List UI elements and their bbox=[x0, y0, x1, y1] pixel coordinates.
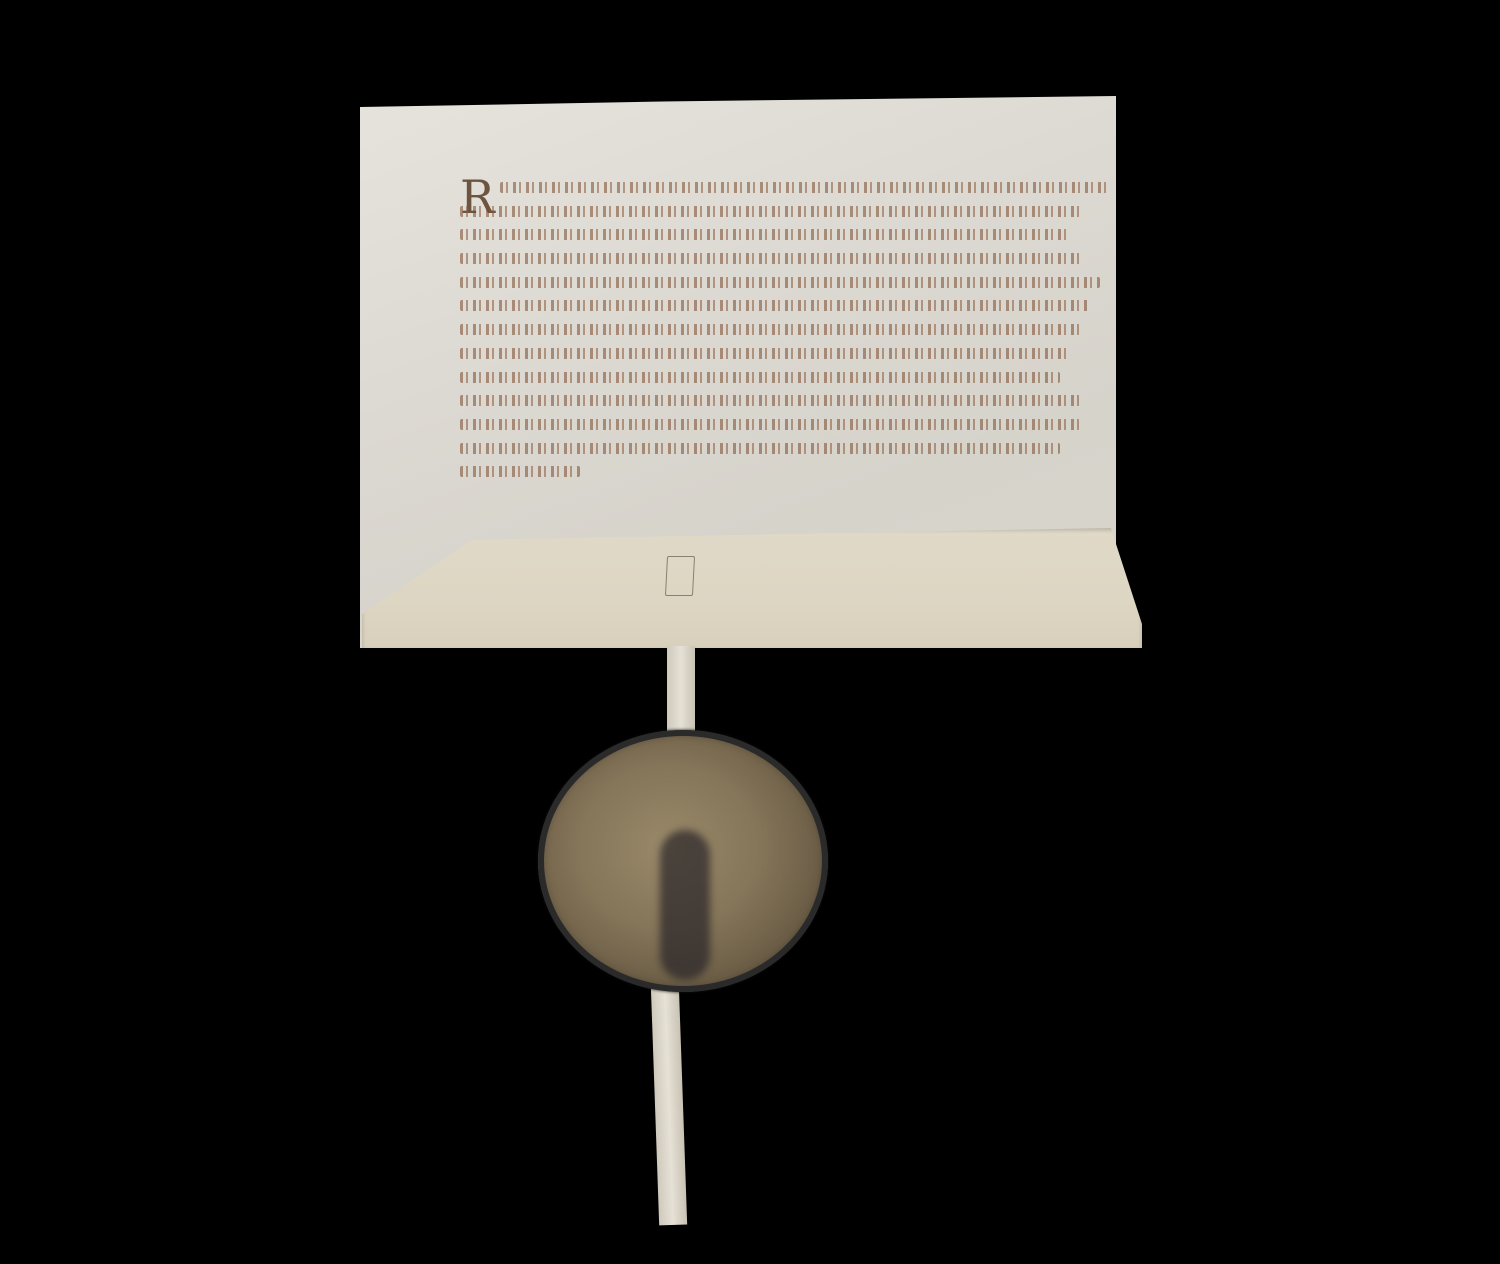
text-line bbox=[460, 253, 1080, 264]
seal-strap-slot bbox=[665, 556, 695, 596]
parchment-fold bbox=[362, 528, 1142, 648]
text-line bbox=[460, 206, 1080, 217]
text-line bbox=[460, 372, 1060, 383]
text-line bbox=[460, 229, 1070, 240]
text-line bbox=[460, 277, 1100, 288]
manuscript-text-block bbox=[460, 182, 1110, 490]
text-line bbox=[500, 182, 1110, 193]
seal-rim bbox=[538, 730, 828, 992]
text-line bbox=[460, 348, 1070, 359]
seal-strap-bottom bbox=[651, 985, 687, 1226]
text-line bbox=[460, 466, 580, 477]
text-line bbox=[460, 324, 1080, 335]
text-line bbox=[460, 300, 1090, 311]
text-line bbox=[460, 395, 1080, 406]
text-line bbox=[460, 443, 1060, 454]
text-line bbox=[460, 419, 1080, 430]
